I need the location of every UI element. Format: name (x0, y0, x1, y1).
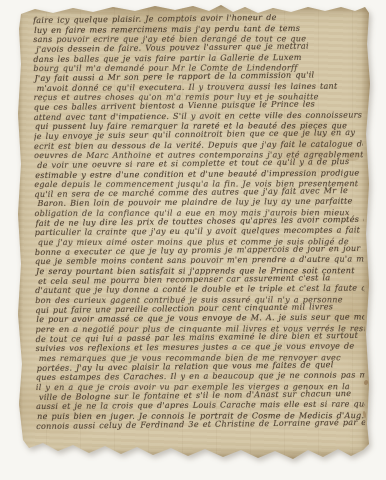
scan-background: faire icy quelque plaisir. Je comptois a… (0, 0, 386, 480)
manuscript-line: connois aussi celuy de Ferdinand 3e et C… (36, 417, 365, 431)
manuscript-text: faire icy quelque plaisir. Je comptois a… (33, 13, 365, 438)
paper-shadow-wrap: faire icy quelque plaisir. Je comptois a… (0, 0, 386, 480)
manuscript-page: faire icy quelque plaisir. Je comptois a… (13, 4, 372, 462)
